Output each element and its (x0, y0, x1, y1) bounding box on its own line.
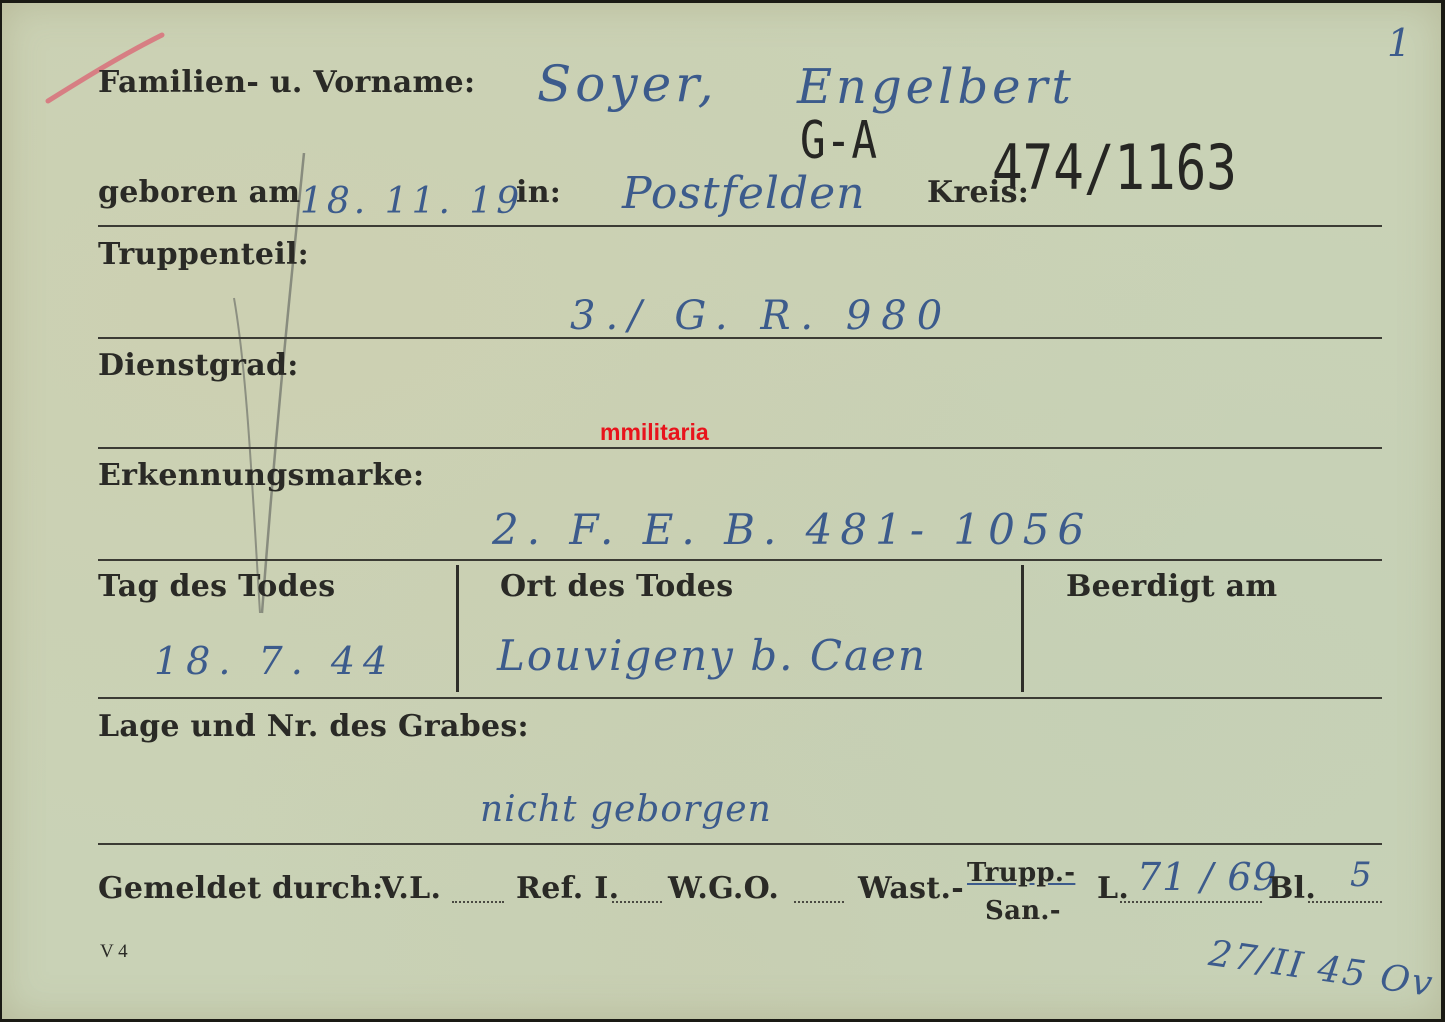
divider-line (98, 337, 1382, 339)
reported-ref-label: Ref. I. (516, 871, 619, 906)
death-record-card: 1 Familien- u. Vorname: Soyer, Engelbert… (2, 3, 1441, 1019)
unit-value: 3./ G. R. 980 (570, 293, 952, 339)
divider-line (98, 225, 1382, 227)
processing-date-note: 27/II 45 Ov (1206, 933, 1436, 1005)
birth-date-value: 18. 11. 19 (300, 181, 523, 222)
death-place-value: Louvigeny b. Caen (497, 631, 927, 680)
page-mark: 1 (1387, 21, 1415, 65)
birth-place-value: Postfelden (622, 168, 866, 219)
id-tag-value: 2. F. E. B. 481- 1056 (492, 505, 1092, 554)
reported-wgo-label: W.G.O. (668, 871, 779, 906)
given-name-value: Engelbert (797, 59, 1075, 115)
rank-label: Dienstgrad: (98, 348, 299, 383)
reported-vl-label: V.L. (380, 871, 441, 906)
l-fill-line (1120, 901, 1262, 903)
vl-fill-line (452, 901, 504, 903)
name-label: Familien- u. Vorname: (98, 65, 475, 100)
death-date-label: Tag des Todes (98, 569, 335, 604)
buried-date-label: Beerdigt am (1066, 569, 1277, 604)
reported-bl-value: 5 (1350, 855, 1376, 895)
stamp-prefix: G-A (800, 111, 877, 171)
bl-fill-line (1308, 901, 1382, 903)
divider-line (98, 843, 1382, 845)
reported-trupp-label: Trupp.- (967, 858, 1075, 888)
divider-line (98, 559, 1382, 561)
unit-label: Truppenteil: (98, 237, 309, 272)
district-label: Kreis: (927, 175, 1029, 210)
grave-value: nicht geborgen (480, 789, 772, 830)
divider-line (98, 697, 1382, 699)
reported-l-value: 71 / 69 (1137, 855, 1278, 899)
column-divider (456, 565, 459, 692)
ref-fill-line (612, 901, 662, 903)
death-date-value: 18. 7. 44 (154, 639, 395, 683)
grave-label: Lage und Nr. des Grabes: (98, 709, 529, 744)
reported-by-label: Gemeldet durch: (98, 871, 384, 906)
divider-line (98, 447, 1382, 449)
death-place-label: Ort des Todes (500, 569, 733, 604)
watermark-text: mmilitaria (600, 419, 709, 446)
column-divider (1021, 565, 1024, 692)
reported-san-label: San.- (985, 896, 1061, 926)
birth-place-label: in: (516, 175, 561, 210)
form-code: V 4 (100, 941, 128, 963)
birth-date-label: geboren am (98, 175, 300, 210)
surname-value: Soyer, (537, 55, 718, 113)
id-tag-label: Erkennungsmarke: (98, 458, 424, 493)
wgo-fill-line (794, 901, 844, 903)
reported-wast-label: Wast.- (858, 871, 964, 906)
